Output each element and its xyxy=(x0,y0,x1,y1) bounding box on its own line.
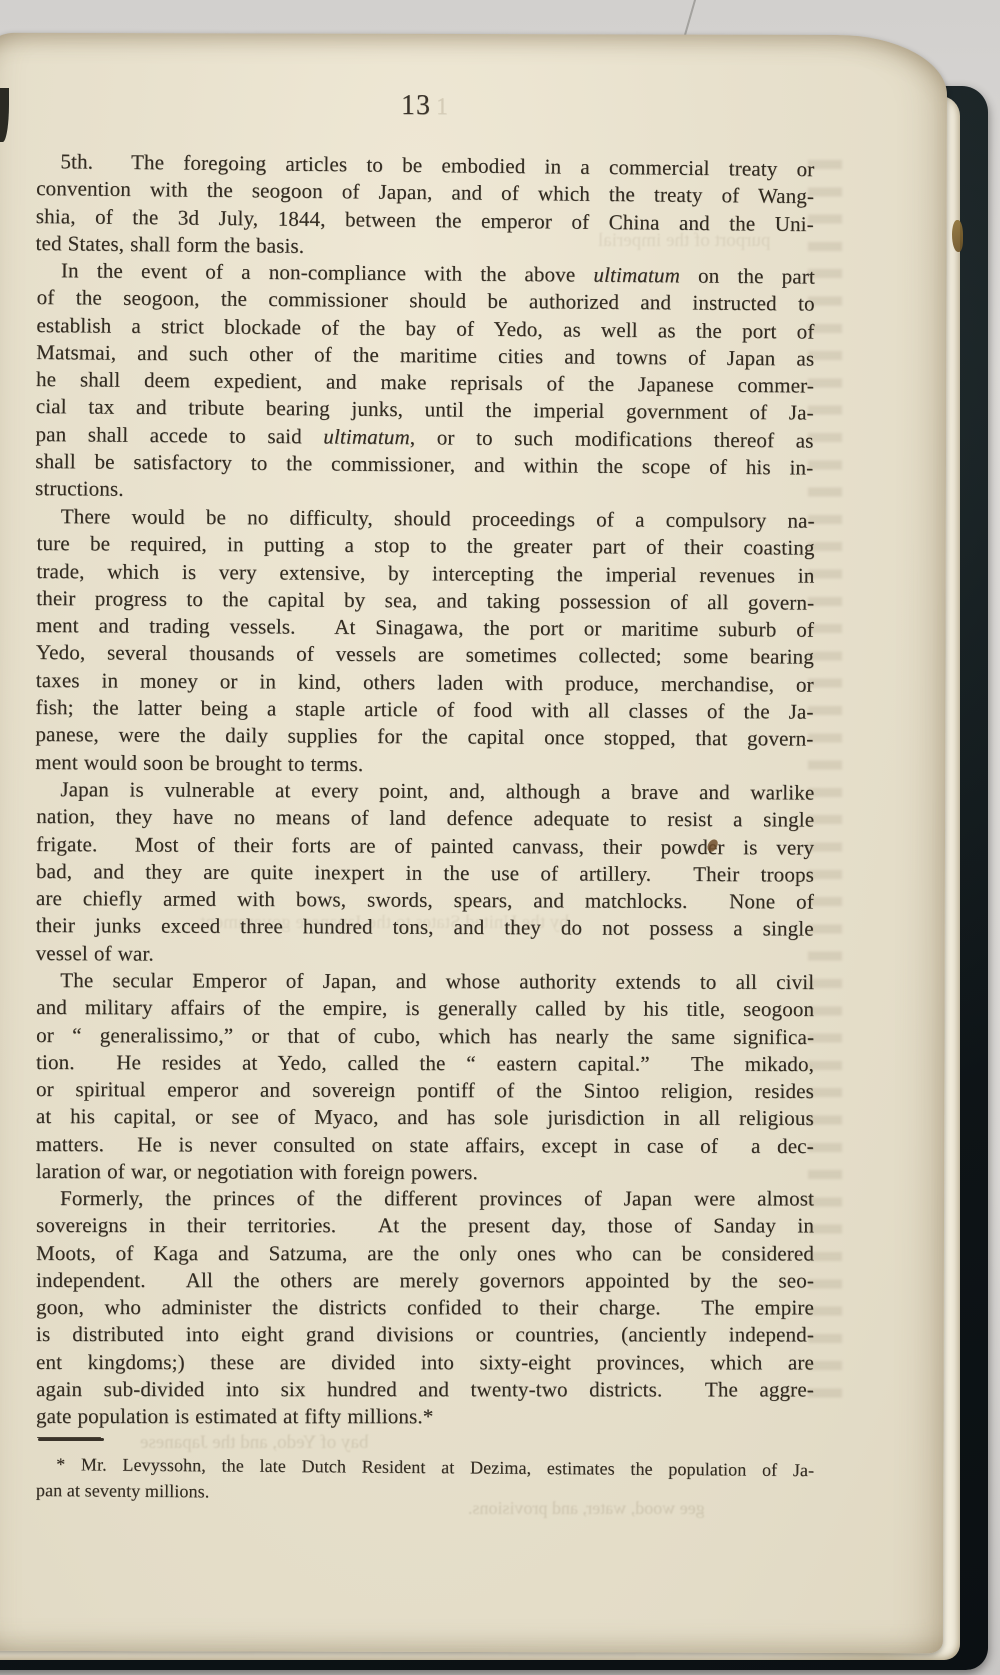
text-run: establish a strict blockade of the bay o… xyxy=(36,313,814,344)
text-run: tion. He resides at Yedo, called the “ e… xyxy=(36,1050,814,1076)
text-run: structions. xyxy=(35,477,124,502)
paragraph: The secular Emperor of Japan, and whose … xyxy=(36,967,815,1187)
text-run: Matsmai, and such other of the maritime … xyxy=(36,340,814,371)
text-run: is distributed into eight grand division… xyxy=(36,1323,814,1347)
paragraph: 5th. The foregoing articles to be embodi… xyxy=(35,148,814,265)
text-run: or “ generalissimo,” or that of cubo, wh… xyxy=(36,1023,814,1049)
text-block: 5th. The foregoing articles to be embodi… xyxy=(36,148,814,1431)
paragraph: Formerly, the princes of the different p… xyxy=(36,1185,814,1431)
text-line: or spiritual emperor and sovereign ponti… xyxy=(36,1076,814,1105)
text-run: cial tax and tribute bearing junks, unti… xyxy=(36,395,814,426)
scanned-book-photo: bay of Yedo, and the Japanese by the Uni… xyxy=(0,0,1000,1675)
text-line: frigate. Most of their forts are of pain… xyxy=(36,830,814,861)
text-run: ture be required, in putting a stop to t… xyxy=(36,531,814,560)
text-line: matters. He is never consulted on state … xyxy=(36,1131,814,1160)
text-run: independent. All the others are merely g… xyxy=(36,1268,814,1292)
text-run: or spiritual emperor and sovereign ponti… xyxy=(36,1077,814,1103)
text-run: There would be no difficulty, should pro… xyxy=(61,504,815,532)
text-run: panese, were the daily supplies for the … xyxy=(35,722,813,751)
page-number-ghost: 1 xyxy=(436,94,449,120)
text-run: Moots, of Kaga and Satzuma, are the only… xyxy=(36,1241,814,1265)
text-run: The secular Emperor of Japan, and whose … xyxy=(60,968,814,994)
paragraph: There would be no difficulty, should pro… xyxy=(35,503,815,781)
text-run: ment would soon be brought to terms. xyxy=(35,750,363,776)
text-line: panese, were the daily supplies for the … xyxy=(35,721,813,753)
text-run: ted States, shall form the basis. xyxy=(35,231,304,258)
text-line: Yedo, several thousands of vessels are s… xyxy=(36,639,814,671)
text-line: nation, they have no means of land defen… xyxy=(36,803,814,834)
text-line: independent. All the others are merely g… xyxy=(36,1267,814,1295)
text-run: frigate. Most of their forts are of pain… xyxy=(36,831,814,859)
text-run: at his capital, or see of Myaco, and has… xyxy=(36,1104,814,1130)
text-line: Japan is vulnerable at every point, and,… xyxy=(36,776,814,807)
text-run: of the seogoon, the commissioner should … xyxy=(37,285,815,316)
text-line: or “ generalissimo,” or that of cubo, wh… xyxy=(36,1022,814,1051)
text-run: are chiefly armed with bows, swords, spe… xyxy=(36,886,814,914)
text-line: gate population is estimated at fifty mi… xyxy=(36,1404,814,1432)
text-line: sovereigns in their territories. At the … xyxy=(36,1213,814,1241)
text-run: shall be satisfactory to the commissione… xyxy=(35,449,813,480)
text-line: laration of war, or negotiation with for… xyxy=(36,1158,814,1187)
text-run: ent kingdoms;) these are divided into si… xyxy=(36,1350,814,1374)
text-run: trade, which is very extensive, by inter… xyxy=(36,558,814,587)
text-line: trade, which is very extensive, by inter… xyxy=(36,557,814,589)
paragraph: In the event of a non-compliance with th… xyxy=(35,257,815,509)
text-run: again sub-divided into six hundred and t… xyxy=(36,1377,814,1401)
text-run: nation, they have no means of land defen… xyxy=(36,804,814,832)
text-run: Formerly, the princes of the different p… xyxy=(60,1186,814,1210)
text-line: There would be no difficulty, should pro… xyxy=(37,503,815,535)
text-run: laration of war, or negotiation with for… xyxy=(36,1159,478,1184)
text-line: their junks exceed three hundred tons, a… xyxy=(36,912,814,943)
text-run: * Mr. Levyssohn, the late Dutch Resident… xyxy=(56,1454,814,1480)
page-content: 131 5th. The foregoing articles to be em… xyxy=(36,0,814,1675)
text-line: tion. He resides at Yedo, called the “ e… xyxy=(36,1049,814,1078)
text-line: fish; the latter being a staple article … xyxy=(36,694,814,726)
text-line: vessel of war. xyxy=(36,940,814,971)
text-line: taxes in money or in kind, others laden … xyxy=(36,667,814,699)
text-line: goon, who administer the districts confi… xyxy=(36,1294,814,1322)
text-run: vessel of war. xyxy=(36,941,154,966)
text-run: gate population is estimated at fifty mi… xyxy=(36,1405,434,1429)
text-line: is distributed into eight grand division… xyxy=(36,1322,814,1350)
text-run: bad, and they are quite inexpert in the … xyxy=(36,859,814,887)
text-run: goon, who administer the districts confi… xyxy=(36,1295,814,1319)
text-run: Yedo, several thousands of vessels are s… xyxy=(36,640,814,669)
page-number-value: 13 xyxy=(401,90,431,121)
text-line: ment and trading vessels. At Sinagawa, t… xyxy=(36,612,814,644)
text-line: and military affairs of the empire, is g… xyxy=(36,994,814,1023)
text-run: ment and trading vessels. At Sinagawa, t… xyxy=(36,613,814,642)
footnote: * Mr. Levyssohn, the late Dutch Resident… xyxy=(36,1450,814,1503)
text-line: their progress to the capital by sea, an… xyxy=(36,585,814,617)
text-run: fish; the latter being a staple article … xyxy=(36,695,814,724)
text-run: their junks exceed three hundred tons, a… xyxy=(36,913,814,941)
paragraph: * Mr. Levyssohn, the late Dutch Resident… xyxy=(36,1452,814,1509)
text-run: on the part xyxy=(680,264,815,289)
text-run: Japan is vulnerable at every point, and,… xyxy=(60,777,814,804)
text-line: Moots, of Kaga and Satzuma, are the only… xyxy=(36,1240,814,1268)
foxing-spot xyxy=(952,220,963,252)
text-run: he shall deem expedient, and make repris… xyxy=(36,367,814,398)
text-run: and military affairs of the empire, is g… xyxy=(36,995,814,1021)
text-run: their progress to the capital by sea, an… xyxy=(36,586,814,615)
italic-text: ultimatum xyxy=(323,424,410,449)
text-line: at his capital, or see of Myaco, and has… xyxy=(36,1103,814,1132)
text-run: taxes in money or in kind, others laden … xyxy=(36,668,814,697)
text-run: , or to such modifications thereof as xyxy=(410,425,814,452)
italic-text: ultimatum xyxy=(593,263,680,288)
text-line: are chiefly armed with bows, swords, spe… xyxy=(36,885,814,916)
page-number: 131 xyxy=(36,90,814,122)
text-line: The secular Emperor of Japan, and whose … xyxy=(36,967,814,996)
text-line: bad, and they are quite inexpert in the … xyxy=(36,858,814,889)
text-line: ture be required, in putting a stop to t… xyxy=(36,530,814,562)
text-line: Formerly, the princes of the different p… xyxy=(36,1185,814,1213)
text-run: pan shall accede to said xyxy=(35,422,323,448)
text-run: matters. He is never consulted on state … xyxy=(36,1132,814,1158)
text-run: sovereigns in their territories. At the … xyxy=(36,1214,814,1238)
paragraph: Japan is vulnerable at every point, and,… xyxy=(36,776,815,971)
text-run: pan at seventy millions. xyxy=(36,1479,210,1500)
text-line: again sub-divided into six hundred and t… xyxy=(36,1376,814,1404)
text-run: In the event of a non-compliance with th… xyxy=(61,258,594,286)
footnote-rule xyxy=(38,1438,104,1441)
text-line: ent kingdoms;) these are divided into si… xyxy=(36,1349,814,1377)
